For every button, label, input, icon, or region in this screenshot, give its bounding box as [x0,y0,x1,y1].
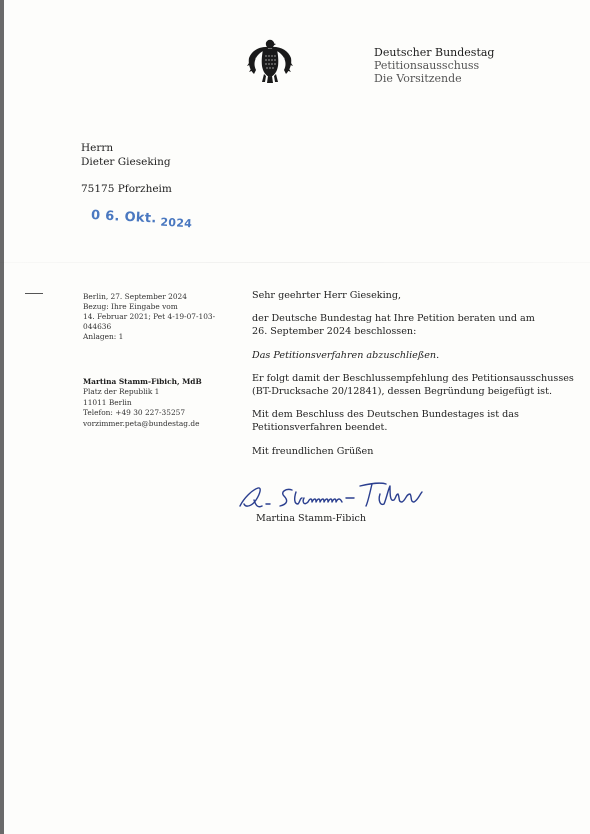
printed-signatory-name: Martina Stamm-Fibich [256,513,366,525]
stamp-day-month: 0 6. Okt. [91,208,157,226]
subject-line-1: Bezug: Ihre Eingabe vom [83,302,233,312]
closing: Mit freundlichen Grüßen [252,445,590,458]
sender-street: Platz der Republik 1 [83,387,233,397]
fold-line [0,262,590,263]
sender-block: Martina Stamm-Fibich, MdB Platz der Repu… [83,377,233,429]
decision: Das Petitionsverfahren abzuschließen. [252,349,590,362]
letter-body: Sehr geehrter Herr Gieseking, der Deutsc… [252,289,590,468]
paragraph-2: Er folgt damit der Beschlussempfehlung d… [252,372,590,398]
paragraph-2-line-1: Er folgt damit der Beschlussempfehlung d… [252,373,574,384]
recipient-name: Dieter Gieseking [81,155,172,169]
role-title: Die Vorsitzende [374,72,494,85]
greeting: Sehr geehrter Herr Gieseking, [252,289,590,302]
committee-name: Petitionsausschuss [374,59,494,72]
sender-city: 11011 Berlin [83,398,233,408]
sender-email: vorzimmer.peta@bundestag.de [83,419,233,429]
place-date: Berlin, 27. September 2024 [83,292,233,302]
sender-name: Martina Stamm-Fibich, MdB [83,377,233,387]
subject-line-2: 14. Februar 2021; Pet 4-19-07-103- [83,312,233,322]
fold-mark [25,293,43,294]
recipient-address: Herrn Dieter Gieseking 75175 Pforzheim [81,141,172,196]
federal-eagle-icon [246,36,294,84]
paragraph-3: Mit dem Beschluss des Deutschen Bundesta… [252,408,590,434]
letterhead: Deutscher Bundestag Petitionsausschuss D… [374,46,494,85]
reference-block: Berlin, 27. September 2024 Bezug: Ihre E… [83,292,233,342]
paragraph-3-line-1: Mit dem Beschluss des Deutschen Bundesta… [252,409,519,420]
organization-name: Deutscher Bundestag [374,46,494,59]
attachments: Anlagen: 1 [83,332,233,342]
recipient-salutation: Herrn [81,141,172,155]
recipient-city: 75175 Pforzheim [81,182,172,196]
paragraph-1: der Deutsche Bundestag hat Ihre Petition… [252,312,590,338]
paragraph-3-line-2: Petitionsverfahren beendet. [252,422,387,433]
subject-line-3: 044636 [83,322,233,332]
handwritten-signature [234,476,474,516]
paragraph-2-line-2: (BT-Drucksache 20/12841), dessen Begründ… [252,386,552,397]
received-date-stamp: 0 6. Okt.2024 [91,208,193,228]
sender-phone: Telefon: +49 30 227-35257 [83,408,233,418]
stamp-year: 2024 [160,216,192,231]
scan-edge [0,0,4,834]
paragraph-1-line-1: der Deutsche Bundestag hat Ihre Petition… [252,313,535,324]
paragraph-1-line-2: 26. September 2024 beschlossen: [252,326,416,337]
